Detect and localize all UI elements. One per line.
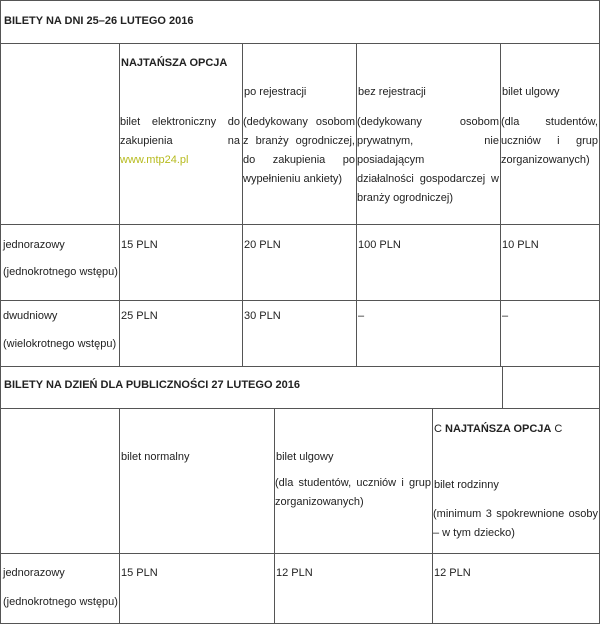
table1-row2-label: dwudniowy (wielokrotnego wstępu): [0, 300, 120, 367]
table2-row1-label: jednorazowy (jednokrotnego wstępu): [0, 553, 120, 624]
desc-line: (dla studentów, uczniów i grup: [275, 474, 431, 493]
desc-line: działalności gospodarczej w: [357, 170, 499, 189]
desc-line: – w tym dziecko): [433, 524, 598, 543]
col1-desc: bilet elektroniczny do zakupienia na www…: [120, 113, 240, 170]
row-sublabel: (jednokrotnego wstępu): [3, 266, 118, 279]
table1-header-col3: bez rejestracji (dedykowany osobom prywa…: [356, 43, 501, 225]
table1-row1-col1: 15 PLN: [119, 224, 243, 301]
desc-line: (dedykowany osobom: [243, 113, 355, 132]
cheapest-suffix: C: [554, 423, 562, 435]
desc-line: bilet elektroniczny do: [120, 113, 240, 132]
price: 15 PLN: [121, 239, 158, 252]
col3-desc: (dedykowany osobom prywatnym, nie posiad…: [357, 113, 499, 208]
row-label: dwudniowy: [3, 310, 57, 323]
table2-row1-col3: 12 PLN: [432, 553, 600, 624]
table2-header-col2: bilet ulgowy (dla studentów, uczniów i g…: [274, 408, 433, 554]
col3-desc: (minimum 3 spokrewnione osoby – w tym dz…: [433, 505, 598, 543]
table1-row1-col4: 10 PLN: [500, 224, 600, 301]
mtp24-link[interactable]: www.mtp24.pl: [120, 151, 240, 170]
table1-row1-col3: 100 PLN: [356, 224, 501, 301]
table2-header-col3: C NAJTAŃSZA OPCJA C bilet rodzinny (mini…: [432, 408, 600, 554]
table1-row1-label: jednorazowy (jednokrotnego wstępu): [0, 224, 120, 301]
row-sublabel: (wielokrotnego wstępu): [3, 338, 116, 351]
price: 15 PLN: [121, 567, 158, 580]
desc-line: zorganizowanych): [501, 151, 598, 170]
desc-line: (dla studentów,: [501, 113, 598, 132]
table2-row1-col2: 12 PLN: [274, 553, 433, 624]
col3-heading: bez rejestracji: [358, 86, 426, 99]
row-sublabel: (jednokrotnego wstępu): [3, 596, 118, 609]
desc-line: z branży ogrodniczej,: [243, 132, 355, 151]
row-label: jednorazowy: [3, 567, 65, 580]
cheapest-option-label: NAJTAŃSZA OPCJA: [121, 57, 227, 70]
desc-line: branży ogrodniczej): [357, 189, 499, 208]
table2-title-cell: BILETY NA DZIEŃ DLA PUBLICZNOŚCI 27 LUTE…: [0, 366, 503, 409]
desc-line: (minimum 3 spokrewnione osoby: [433, 505, 598, 524]
table2-title: BILETY NA DZIEŃ DLA PUBLICZNOŚCI 27 LUTE…: [4, 379, 300, 392]
price: 10 PLN: [502, 239, 539, 252]
desc-line: zorganizowanych): [275, 493, 431, 512]
table1-header-col1: NAJTAŃSZA OPCJA bilet elektroniczny do z…: [119, 43, 243, 225]
col2-heading: po rejestracji: [244, 86, 306, 99]
desc-line: (dedykowany osobom: [357, 113, 499, 132]
table1-row2-col4: –: [500, 300, 600, 367]
desc-line: zakupienia na: [120, 132, 240, 151]
table1-row1-col2: 20 PLN: [242, 224, 357, 301]
price: –: [502, 310, 508, 323]
price: 25 PLN: [121, 310, 158, 323]
price: 12 PLN: [276, 567, 313, 580]
desc-line: wypełnieniu ankiety): [243, 170, 355, 189]
col2-desc: (dedykowany osobom z branży ogrodniczej,…: [243, 113, 355, 189]
desc-line: prywatnym, nie posiadającym: [357, 132, 499, 170]
cheapest-option-line: C NAJTAŃSZA OPCJA C: [434, 423, 562, 436]
desc-line: uczniów i grup: [501, 132, 598, 151]
price: 30 PLN: [244, 310, 281, 323]
price: 20 PLN: [244, 239, 281, 252]
table2-title-side: [502, 366, 600, 409]
col3-heading: bilet rodzinny: [434, 479, 499, 492]
table1-header-col4: bilet ulgowy (dla studentów, uczniów i g…: [500, 43, 600, 225]
table2-header-empty: [0, 408, 120, 554]
price: 12 PLN: [434, 567, 471, 580]
price: –: [358, 310, 364, 323]
table1-row2-col1: 25 PLN: [119, 300, 243, 367]
col4-desc: (dla studentów, uczniów i grup zorganizo…: [501, 113, 598, 170]
row-label: jednorazowy: [3, 239, 65, 252]
table1-title-cell: BILETY NA DNI 25–26 LUTEGO 2016: [0, 0, 600, 44]
cheapest-prefix: C: [434, 423, 442, 435]
table2-row1-col1: 15 PLN: [119, 553, 275, 624]
table2-header-col1: bilet normalny: [119, 408, 275, 554]
table1-row2-col3: –: [356, 300, 501, 367]
col2-desc: (dla studentów, uczniów i grup zorganizo…: [275, 474, 431, 512]
table1-header-empty: [0, 43, 120, 225]
table1-header-col2: po rejestracji (dedykowany osobom z bran…: [242, 43, 357, 225]
cheapest-option-label: NAJTAŃSZA OPCJA: [445, 423, 551, 435]
table1-title: BILETY NA DNI 25–26 LUTEGO 2016: [4, 15, 194, 28]
col4-heading: bilet ulgowy: [502, 86, 559, 99]
desc-line: do zakupienia po: [243, 151, 355, 170]
col1-heading: bilet normalny: [121, 451, 189, 464]
price: 100 PLN: [358, 239, 401, 252]
col2-heading: bilet ulgowy: [276, 451, 333, 464]
table1-row2-col2: 30 PLN: [242, 300, 357, 367]
